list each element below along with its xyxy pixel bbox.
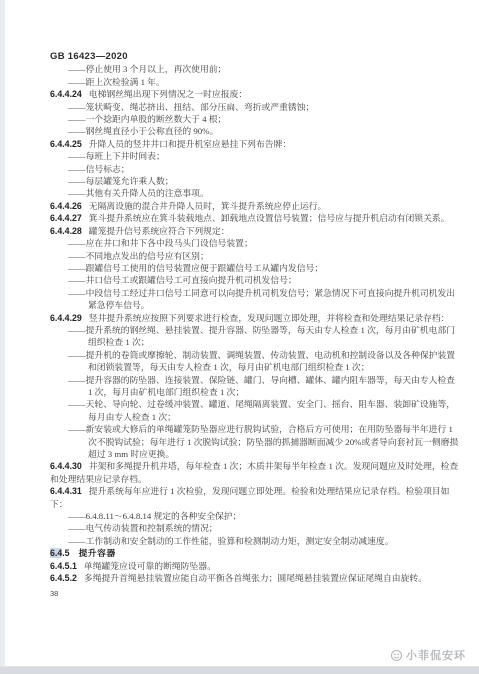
clause-paragraph: 6.4.4.30井架和多绳提升机井塔，每年检查 1 次；木质井架每半年检查 1 … (50, 460, 459, 485)
paragraph-text: ——提升容器的防坠器、连接装置、保险链、罐门、导向槽、罐体、罐内阻车器等，每天由… (68, 375, 455, 397)
paragraph-text: ——新安装或大修后的单绳罐笼防坠器应进行脱钩试验，合格后方可使用；在用防坠器每半… (68, 424, 458, 459)
clause-paragraph: 6.4.5.2多绳提升首绳悬挂装置应能自动平衡各首绳张力；圆尾绳悬挂装置应保证尾… (50, 572, 459, 584)
list-item: ——应在井口和井下各中段马头门设信号装置； (50, 237, 459, 249)
paragraph-text: 提升系统每年应进行 1 次检验，发现问题立即处理。检验和处理结果应记录存档。检验… (50, 486, 449, 508)
list-item: ——跟罐信号工使用的信号装置应便于跟罐信号工从罐内发信号； (50, 262, 459, 274)
list-item: ——中段信号工经过井口信号工同意可以向提升机司机发信号；紧急情况下可直接向提升机… (50, 287, 459, 312)
paragraph-text: ——不同地点发出的信号应有区别； (68, 251, 209, 261)
paragraph-text: ——其他有关升降人员的注意事项。 (68, 188, 209, 198)
list-item: ——电气传动装置和控制系统的情况； (50, 522, 459, 534)
document-content: GB 16423—2020 ——停止使用 3 个月以上，再次使用前；——距上次检… (50, 51, 459, 601)
section-number: 6.4.5 (50, 548, 70, 558)
paragraph-text: ——停止使用 3 个月以上，再次使用前； (68, 64, 226, 74)
list-item: ——每层罐笼允许乘人数； (50, 175, 459, 187)
list-item: ——工作制动和安全制动的工作性能，验算和检测制动力矩，测定安全制动减速度。 (50, 535, 459, 547)
clause-number: 6.4.4.29 (50, 313, 82, 323)
list-item: ——提升机的卷筒或摩擦轮、制动装置、调绳装置、传动装置、电动机和控制设备以及各种… (50, 349, 459, 374)
paragraph-text: ——中段信号工经过井口信号工同意可以向提升机司机发信号；紧急情况下可直接向提升机… (68, 288, 455, 310)
list-item: ——提升容器的防坠器、连接装置、保险链、罐门、导向槽、罐体、罐内阻车器等，每天由… (50, 374, 459, 399)
clause-number: 6.4.4.30 (50, 461, 82, 471)
list-item: ——每班上下井时间表； (50, 150, 459, 162)
paragraph-text: 电梯钢丝绳出现下列情况之一时应报废： (89, 89, 247, 99)
list-item: ——停止使用 3 个月以上，再次使用前； (50, 63, 459, 75)
paragraph-text: 箕斗提升系统应在箕斗装载地点、卸载地点设置信号装置；信号应与提升机启动有闭锁关系… (89, 213, 450, 223)
paragraph-text: ——电气传动装置和控制系统的情况； (68, 523, 218, 533)
paragraph-text: 单绳罐笼应设可靠的断绳防坠器。 (84, 561, 216, 571)
page-edge-strip (0, 0, 5, 674)
paragraph-text: ——距上次检验满 1 年。 (68, 77, 165, 87)
list-item: ——一个捻距内单股的断丝数大于 4 根； (50, 113, 459, 125)
list-item: ——提升系统的钢丝绳、悬挂装置、提升容器、防坠器等，每天由专人检查 1 次，每月… (50, 324, 459, 349)
clause-number: 6.4.4.24 (50, 89, 82, 99)
paragraph-text: ——6.4.8.11～6.4.8.14 规定的各种安全保护； (68, 511, 241, 521)
document-body: ——停止使用 3 个月以上，再次使用前；——距上次检验满 1 年。6.4.4.2… (50, 63, 459, 584)
section-title: 提升容器 (79, 548, 116, 558)
watermark: 小菲侃安环 (390, 647, 466, 663)
clause-number: 6.4.4.26 (50, 201, 82, 211)
clause-number: 6.4.4.25 (50, 139, 82, 149)
paragraph-text: 竖井提升系统应按照下列要求进行检查，发现问题立即处理，并将检查和处理结果记录存档… (89, 313, 450, 323)
clause-number: 6.4.5.2 (50, 573, 77, 583)
paragraph-text: ——跟罐信号工使用的信号装置应便于跟罐信号工从罐内发信号； (68, 263, 323, 273)
paragraph-text: ——信号标志； (68, 164, 130, 174)
clause-number: 6.4.5.1 (50, 561, 77, 571)
paragraph-text: ——每层罐笼允许乘人数； (68, 176, 174, 186)
document-page: { "page": { "header": "GB 16423—2020", "… (0, 0, 479, 674)
clause-paragraph: 6.4.4.26无隔离设施的混合井升降人员时，箕斗提升系统应停止运行。 (50, 200, 459, 212)
paragraph-text: 无隔离设施的混合井升降人员时，箕斗提升系统应停止运行。 (89, 201, 327, 211)
paragraph-text: ——笼状畸变、绳芯挤出、扭结、部分压扁、弯折或严重锈蚀； (68, 102, 314, 112)
list-item: ——距上次检验满 1 年。 (50, 76, 459, 88)
list-item: ——井口信号工或跟罐信号工可直接向提升机司机发信号； (50, 274, 459, 286)
paragraph-text: ——提升系统的钢丝绳、悬挂装置、提升容器、防坠器等，每天由专人检查 1 次，每月… (68, 325, 455, 347)
paragraph-text: ——天轮、导向轮、过卷缓冲装置、罐道、尾绳隔离装置、安全门、摇台、阻车器、装卸矿… (68, 399, 455, 421)
clause-paragraph: 6.4.4.24电梯钢丝绳出现下列情况之一时应报废： (50, 88, 459, 100)
page-number: 38 (50, 588, 459, 600)
clause-paragraph: 6.4.4.29竖井提升系统应按照下列要求进行检查，发现问题立即处理，并将检查和… (50, 312, 459, 324)
paragraph-text: ——钢丝绳直径小于公称直径的 90%。 (68, 126, 218, 136)
section-heading: 6.4.5提升容器 (50, 547, 459, 559)
clause-paragraph: 6.4.4.28罐笼提升信号系统应符合下列规定： (50, 225, 459, 237)
page-bottom-edge (0, 666, 479, 674)
paragraph-text: 多绳提升首绳悬挂装置应能自动平衡各首绳张力；圆尾绳悬挂装置应保证尾绳自由旋转。 (84, 573, 427, 583)
watermark-smiley-icon (390, 649, 403, 662)
list-item: ——新安装或大修后的单绳罐笼防坠器应进行脱钩试验，合格后方可使用；在用防坠器每半… (50, 423, 459, 460)
paragraph-text: ——一个捻距内单股的断丝数大于 4 根； (68, 114, 226, 124)
watermark-text: 小菲侃安环 (406, 647, 466, 663)
paragraph-text: 井架和多绳提升机井塔，每年检查 1 次；木质井架每半年检查 1 次。发现问题应及… (50, 461, 458, 483)
list-item: ——6.4.8.11～6.4.8.14 规定的各种安全保护； (50, 510, 459, 522)
paragraph-text: ——应在井口和井下各中段马头门设信号装置； (68, 238, 253, 248)
list-item: ——笼状畸变、绳芯挤出、扭结、部分压扁、弯折或严重锈蚀； (50, 101, 459, 113)
clause-paragraph: 6.4.4.25升降人员的竖井井口和提升机室应悬挂下列布告牌： (50, 138, 459, 150)
paragraph-text: 罐笼提升信号系统应符合下列规定： (89, 226, 230, 236)
paragraph-text: 升降人员的竖井井口和提升机室应悬挂下列布告牌： (89, 139, 291, 149)
paragraph-text: ——工作制动和安全制动的工作性能，验算和检测制动力矩，测定安全制动减速度。 (68, 536, 394, 546)
clause-paragraph: 6.4.4.27箕斗提升系统应在箕斗装载地点、卸载地点设置信号装置；信号应与提升… (50, 212, 459, 224)
clause-number: 6.4.4.27 (50, 213, 82, 223)
clause-number: 6.4.4.28 (50, 226, 82, 236)
clause-paragraph: 6.4.5.1单绳罐笼应设可靠的断绳防坠器。 (50, 560, 459, 572)
list-item: ——其他有关升降人员的注意事项。 (50, 187, 459, 199)
list-item: ——钢丝绳直径小于公称直径的 90%。 (50, 125, 459, 137)
list-item: ——信号标志； (50, 163, 459, 175)
list-item: ——天轮、导向轮、过卷缓冲装置、罐道、尾绳隔离装置、安全门、摇台、阻车器、装卸矿… (50, 398, 459, 423)
clause-paragraph: 6.4.4.31提升系统每年应进行 1 次检验，发现问题立即处理。检验和处理结果… (50, 485, 459, 510)
standard-number-header: GB 16423—2020 (50, 51, 459, 63)
list-item: ——不同地点发出的信号应有区别； (50, 250, 459, 262)
clause-number: 6.4.4.31 (50, 486, 82, 496)
paragraph-text: ——井口信号工或跟罐信号工可直接向提升机司机发信号； (68, 275, 297, 285)
paragraph-text: ——提升机的卷筒或摩擦轮、制动装置、调绳装置、传动装置、电动机和控制设备以及各种… (68, 350, 455, 372)
paragraph-text: ——每班上下井时间表； (68, 151, 165, 161)
